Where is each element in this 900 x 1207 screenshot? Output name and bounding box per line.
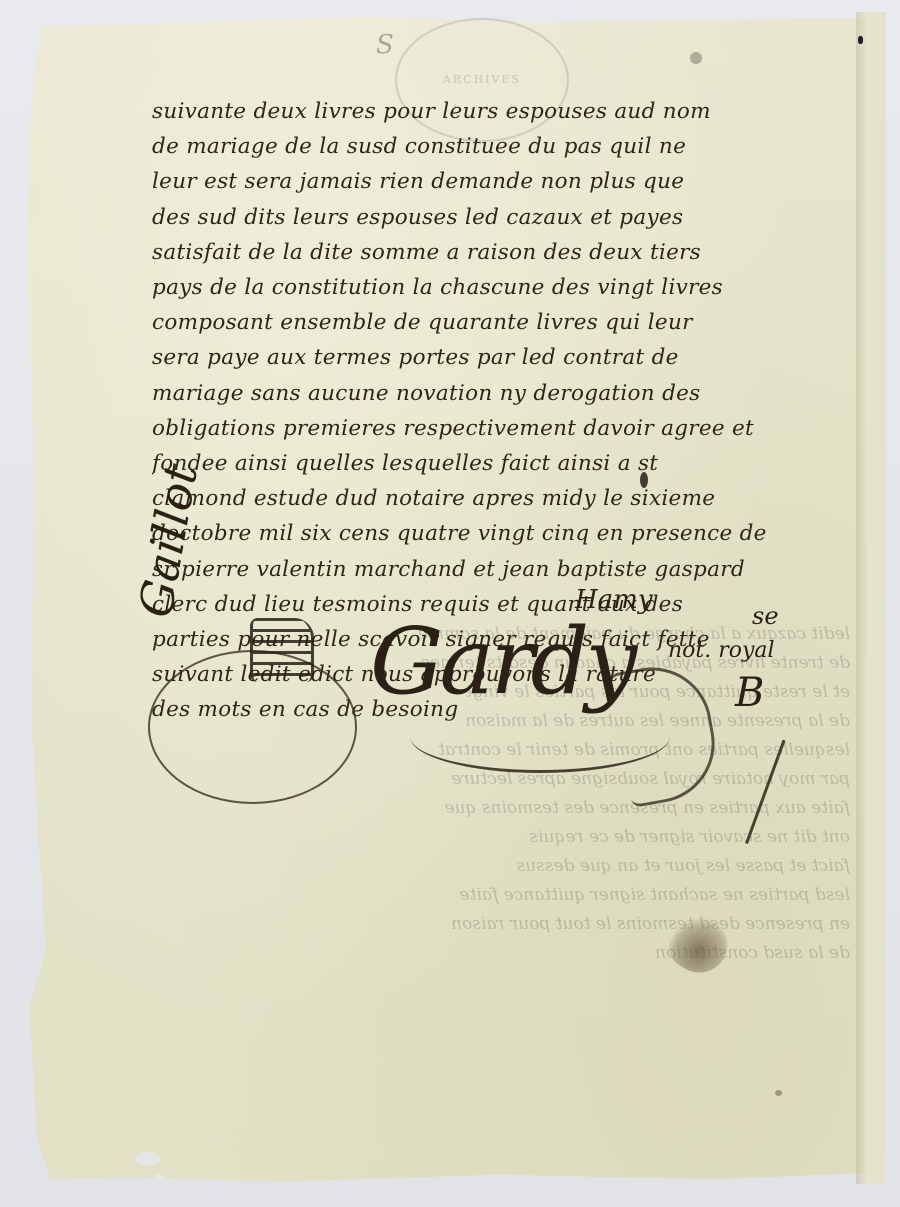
ink-dot	[858, 36, 863, 44]
paper-hole	[155, 1174, 163, 1180]
text-line: pays de la constitution la chascune des …	[152, 270, 867, 305]
notary-title: not. royal	[668, 638, 775, 663]
text-line: fondee ainsi quelles lesquelles faict ai…	[152, 446, 867, 481]
stain	[690, 52, 702, 64]
paraph-mark: B	[735, 670, 764, 716]
text-line: sera paye aux termes portes par led cont…	[152, 340, 867, 375]
text-line: leur est sera jamais rien demande non pl…	[152, 164, 867, 199]
text-line: clamond estude dud notaire apres midy le…	[152, 481, 867, 516]
paper-hole	[136, 1152, 160, 1166]
signature-hatched-mark	[250, 618, 314, 682]
signature-annotation: se	[752, 602, 779, 630]
text-line: obligations premieres respectivement dav…	[152, 411, 867, 446]
text-line: doctobre mil six cens quatre vingt cinq …	[152, 516, 867, 551]
ink-drop	[640, 472, 648, 488]
text-line: sr pierre valentin marchand et jean bapt…	[152, 552, 867, 587]
text-line: mariage sans aucune novation ny derogati…	[152, 376, 867, 411]
paper-hole	[775, 1090, 782, 1096]
signature-gardy: Gardy	[370, 608, 633, 715]
text-line: suivante deux livres pour leurs espouses…	[152, 94, 867, 129]
text-line: composant ensemble de quarante livres qu…	[152, 305, 867, 340]
folio-mark: S	[376, 30, 394, 60]
text-line: satisfait de la dite somme a raison des …	[152, 235, 867, 270]
text-line: de mariage de la susd constituee du pas …	[152, 129, 867, 164]
text-line: des sud dits leurs espouses led cazaux e…	[152, 200, 867, 235]
